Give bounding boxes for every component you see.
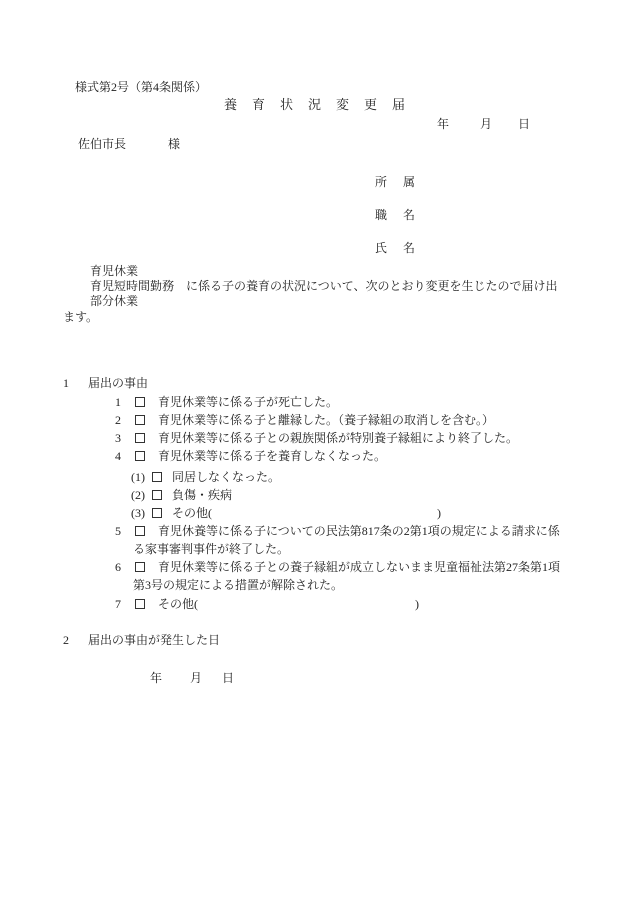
checkbox[interactable] xyxy=(135,451,145,461)
checkbox[interactable] xyxy=(135,562,145,572)
paren-close: ) xyxy=(437,506,441,521)
checkbox[interactable] xyxy=(135,397,145,407)
item-text: 育児休業等に係る子が死亡した。 xyxy=(158,395,338,410)
item-text-line1: 育児休養等に係る子についての民法第817条の2第1項の規定による請求に係 xyxy=(158,524,560,539)
form-number: 様式第2号（第4条関係） xyxy=(75,80,207,95)
position-label: 職 名 xyxy=(375,208,417,223)
item-text-line2: る家事審判事件が終了した。 xyxy=(133,542,289,557)
section1-heading: 1 届出の事由 xyxy=(0,376,630,393)
checkbox[interactable] xyxy=(135,526,145,536)
reason-item-1: 1 育児休業等に係る子が死亡した。 xyxy=(0,395,630,412)
reason-item-6: 6 育児休業等に係る子との養子縁組が成立しないまま児童福祉法第27条第1項 xyxy=(0,560,630,577)
item-text-line1: 育児休業等に係る子との養子縁組が成立しないまま児童福祉法第27条第1項 xyxy=(158,560,560,575)
checkbox[interactable] xyxy=(135,415,145,425)
addressee-row: 佐伯市長 様 xyxy=(0,137,630,154)
leave-option-label: 育児短時間勤務 xyxy=(90,279,174,294)
item-number: 4 xyxy=(115,449,121,464)
item-number: 7 xyxy=(115,597,121,612)
date-month-label: 月 xyxy=(190,671,202,686)
reason-item-6-wrap: 第3号の規定による措置が解除された。 xyxy=(0,578,630,595)
checkbox[interactable] xyxy=(152,490,162,500)
section1-title: 届出の事由 xyxy=(88,376,148,391)
subitem-number: (2) xyxy=(131,488,145,503)
date-month-label: 月 xyxy=(480,117,492,132)
section1-number: 1 xyxy=(63,376,69,391)
page-title: 養 育 状 況 変 更 届 xyxy=(224,97,406,112)
reason-subitem-1: (1) 同居しなくなった。 xyxy=(0,470,630,487)
header-date-row: 年 月 日 xyxy=(0,117,630,134)
title-row: 養 育 状 況 変 更 届 xyxy=(0,97,630,114)
addressee-honorific: 様 xyxy=(168,137,180,152)
item-number: 3 xyxy=(115,431,121,446)
name-label: 氏 名 xyxy=(375,241,417,256)
reason-item-5: 5 育児休養等に係る子についての民法第817条の2第1項の規定による請求に係 xyxy=(0,524,630,541)
item-text: その他( xyxy=(158,597,198,612)
affiliation-row: 所 属 xyxy=(0,175,630,192)
item-number: 5 xyxy=(115,524,121,539)
checkbox[interactable] xyxy=(135,433,145,443)
item-text: 育児休業等に係る子と離縁した。（養子縁組の取消しを含む。） xyxy=(158,413,494,428)
reason-item-4: 4 育児休業等に係る子を養育しなくなった。 xyxy=(0,449,630,466)
reason-subitem-2: (2) 負傷・疾病 xyxy=(0,488,630,505)
reason-item-5-wrap: る家事審判事件が終了した。 xyxy=(0,542,630,559)
date-day-label: 日 xyxy=(222,671,234,686)
leave-option-label: 育児休業 xyxy=(90,264,138,279)
subitem-text: その他( xyxy=(172,506,212,521)
preamble-closing: ます。 xyxy=(63,310,98,325)
subitem-number: (3) xyxy=(131,506,145,521)
checkbox[interactable] xyxy=(152,508,162,518)
addressee-name: 佐伯市長 xyxy=(78,137,126,152)
affiliation-label: 所 属 xyxy=(375,175,417,190)
item-text-line2: 第3号の規定による措置が解除された。 xyxy=(133,578,343,593)
subitem-text: 同居しなくなった。 xyxy=(172,470,280,485)
subitem-text: 負傷・疾病 xyxy=(172,488,232,503)
leave-option-label: 部分休業 xyxy=(90,294,138,309)
subitem-number: (1) xyxy=(131,470,145,485)
checkbox[interactable] xyxy=(135,599,145,609)
section2-heading: 2 届出の事由が発生した日 xyxy=(0,633,630,650)
item-text: 育児休業等に係る子との親族関係が特別養子縁組により終了した。 xyxy=(158,431,518,446)
position-row: 職 名 xyxy=(0,208,630,225)
reason-item-7-other: 7 その他( ) xyxy=(0,597,630,614)
preamble-continuation: に係る子の養育の状況について、次のとおり変更を生じたので届け出 xyxy=(186,279,558,294)
leave-option-partial-leave: 部分休業 xyxy=(0,294,630,311)
item-number: 6 xyxy=(115,560,121,575)
item-number: 1 xyxy=(115,395,121,410)
section2-number: 2 xyxy=(63,633,69,648)
date-year-label: 年 xyxy=(150,671,162,686)
reason-item-3: 3 育児休業等に係る子との親族関係が特別養子縁組により終了した。 xyxy=(0,431,630,448)
reason-item-2: 2 育児休業等に係る子と離縁した。（養子縁組の取消しを含む。） xyxy=(0,413,630,430)
reason-subitem-3-other: (3) その他( ) xyxy=(0,506,630,523)
date-year-label: 年 xyxy=(437,117,449,132)
item-text: 育児休業等に係る子を養育しなくなった。 xyxy=(158,449,386,464)
item-number: 2 xyxy=(115,413,121,428)
paren-close: ) xyxy=(415,597,419,612)
form-number-row: 様式第2号（第4条関係） xyxy=(0,80,630,97)
section2-title: 届出の事由が発生した日 xyxy=(88,633,220,648)
form-page: 様式第2号（第4条関係） 養 育 状 況 変 更 届 年 月 日 佐伯市長 様 … xyxy=(0,0,630,903)
date-day-label: 日 xyxy=(518,117,530,132)
checkbox[interactable] xyxy=(152,472,162,482)
section2-date-row: 年 月 日 xyxy=(0,671,630,688)
name-row: 氏 名 xyxy=(0,241,630,258)
preamble-closing-row: ます。 xyxy=(0,310,630,327)
